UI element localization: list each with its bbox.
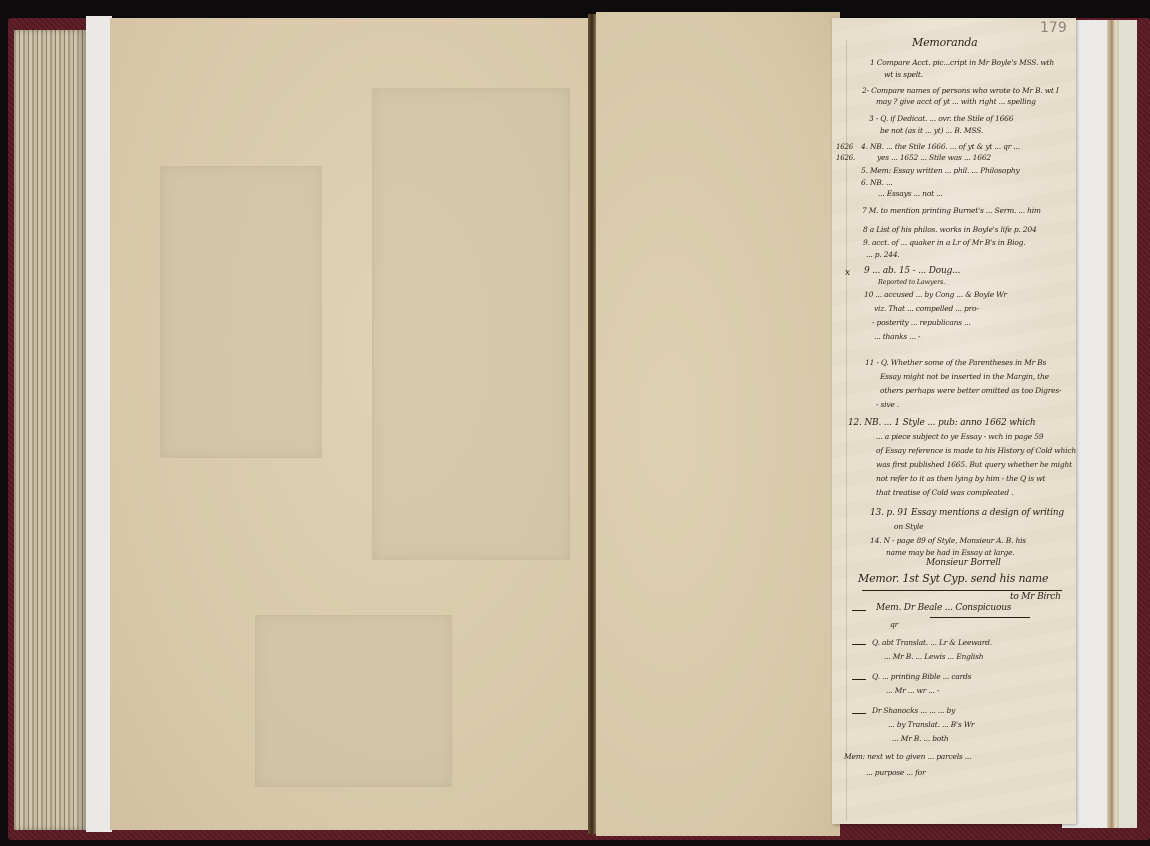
entry-11-line-2: Essay might not be inserted in the Margi… <box>880 372 1049 381</box>
entry-10-line-3: - posterity ... republicans ... <box>872 318 971 327</box>
entry-6-line-2: ... Essays ... not ... <box>878 189 943 198</box>
memo-final-line-2: ... purpose ... for <box>866 768 925 777</box>
entry-9x-line-1: 9 ... ab. 15 - ... Doug... <box>864 266 960 276</box>
entry-10-line-4: ... thanks ... - <box>874 332 920 341</box>
entry-14-line-2: name may be had in Essay at large. <box>886 548 1015 557</box>
monsieur-heading: Monsieur Borrell <box>926 558 1001 568</box>
memo-large-2: to Mr Birch <box>1010 592 1061 602</box>
entry-2-line-2: may ? give acct of yt ... with right ...… <box>876 97 1036 106</box>
dash-entry-1-line-1: Q. abt Translat. ... Lr & Leeward. <box>872 638 992 647</box>
entry-8-line-1: 8 a List of his philos. works in Boyle's… <box>863 225 1037 234</box>
offset-ghost-3 <box>255 615 452 787</box>
margin-note-1: 1626 <box>836 143 853 151</box>
manuscript-title: Memoranda <box>912 36 978 49</box>
offset-ghost-2 <box>372 88 570 560</box>
entry-6-line-1: 6. NB. ... <box>861 178 893 187</box>
entry-9x-line-2: Reported to Lawyers. <box>878 278 945 286</box>
dash-entry-1-line-2: ... Mr B. ... Lewis ... English <box>884 652 983 661</box>
entry-10-line-1: 10 ... accused ... by Cong ... & Boyle W… <box>864 290 1007 299</box>
entry-14-line-1: 14. N - page 89 of Style, Monsieur A. B.… <box>870 536 1026 545</box>
dash-entry-3-line-3: ... Mr B. ... both <box>892 734 949 743</box>
page-block-edges <box>14 30 86 830</box>
entry-11-line-3: others perhaps were better omitted as to… <box>880 386 1061 395</box>
dash-mark <box>852 644 866 645</box>
x-mark: x <box>845 268 850 278</box>
entry-13-line-2: on Style <box>894 522 923 531</box>
memo-final-line-1: Mem: next wt to given ... parcels ... <box>844 752 971 761</box>
dash-mark <box>852 610 866 611</box>
gutter <box>588 14 596 834</box>
entry-11-line-1: 11 - Q. Whether some of the Parentheses … <box>865 358 1046 367</box>
entry-10-line-2: viz. That ... compelled ... pro- <box>874 304 979 313</box>
dash-entry-3-line-2: ... by Translat. ... B's Wr <box>888 720 974 729</box>
right-page <box>596 12 840 836</box>
memo-underline <box>862 590 1062 591</box>
mem-dr: Mem. Dr Beale ... Conspicuous <box>876 603 1011 613</box>
entry-9-line-2: ... p. 244. <box>866 250 900 259</box>
offset-ghost-1 <box>160 166 322 458</box>
left-guard-strip <box>86 16 112 832</box>
entry-4-line-2: yes ... 1652 ... Stile was ... 1662 <box>877 153 991 162</box>
qr-note: qr <box>890 620 898 629</box>
dash-entry-2-line-1: Q. ... printing Bible ... cards <box>872 672 971 681</box>
right-guard-edge <box>1107 20 1119 828</box>
memo-large: Memor. 1st Syt Cyp. send his name <box>858 572 1048 585</box>
entry-5-line-1: 5. Mem: Essay written ... phil. ... Phil… <box>861 166 1020 175</box>
entry-13-line-1: 13. p. 91 Essay mentions a design of wri… <box>870 508 1064 518</box>
entry-12-line-4: was first published 1665. But query whet… <box>876 460 1072 469</box>
endpaper <box>1119 20 1137 828</box>
left-page <box>110 18 588 830</box>
entry-12-line-6: that treatise of Cold was compleated . <box>876 488 1013 497</box>
dash-entry-3-line-1: Dr Shanocks ... ... ... by <box>872 706 955 715</box>
entry-1-line-1: 1 Compare Acct. pic...cript in Mr Boyle'… <box>870 58 1054 67</box>
entry-9-line-1: 9. acct. of ... quaker in a Lr of Mr B's… <box>863 238 1025 247</box>
margin-note-2: 1626. <box>836 154 855 162</box>
entry-12-line-2: ... a piece subject to ye Essay - wch in… <box>876 432 1043 441</box>
entry-12-line-3: of Essay reference is made to his Histor… <box>876 446 1076 455</box>
entry-12-line-5: not refer to it as then lying by him - t… <box>876 474 1045 483</box>
entry-4-line-1: 4. NB. ... the Stile 1666. ... of yt & y… <box>861 142 1020 151</box>
entry-3-line-1: 3 - Q. if Dedicat. ... ovr. the Stile of… <box>869 114 1013 123</box>
dash-entry-2-line-2: ... Mr ... wr ... - <box>886 686 939 695</box>
dash-mark <box>852 713 866 714</box>
entry-12-line-1: 12. NB. ... 1 Style ... pub: anno 1662 w… <box>848 418 1035 428</box>
entry-11-line-4: - sive . <box>876 400 899 409</box>
entry-2-line-1: 2- Compare names of persons who wrote to… <box>862 86 1059 95</box>
folio-number: 179 <box>1040 20 1067 36</box>
entry-7-line-1: 7 M. to mention printing Burnet's ... Se… <box>862 206 1041 215</box>
entry-1-line-2: wt is spelt. <box>884 70 923 79</box>
entry-3-line-2: be not (as it ... yt) ... B. MSS. <box>880 126 983 135</box>
dash-mark <box>852 679 866 680</box>
mem-dr-underline <box>930 617 1030 618</box>
